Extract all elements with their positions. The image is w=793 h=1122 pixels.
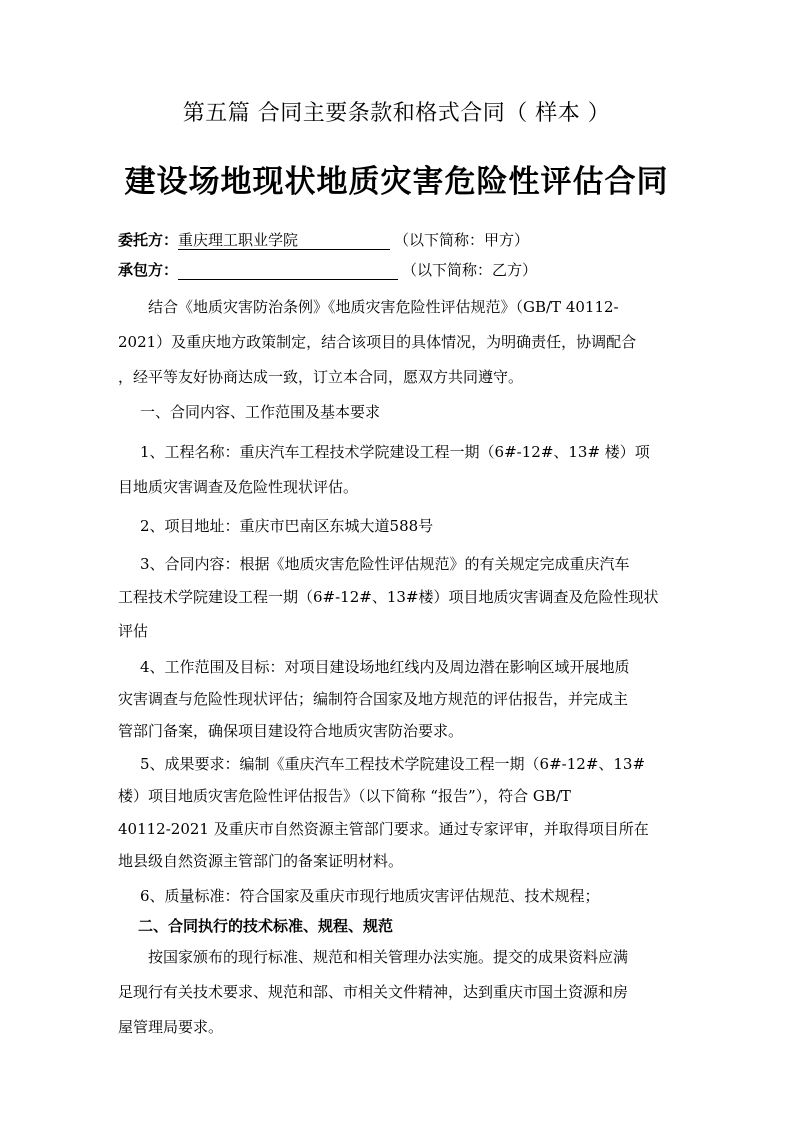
item-2-line-1: 2、项目地址：重庆市巴南区东城大道588号 (140, 515, 433, 536)
item-6-line-1: 6、质量标准：符合国家及重庆市现行地质灾害评估规范、技术规程； (140, 885, 600, 906)
item-4-line-1: 4、工作范围及目标：对项目建设场地红线内及周边潜在影响区域开展地质 (140, 656, 630, 677)
section-1-heading: 一、合同内容、工作范围及基本要求 (140, 401, 380, 422)
item-5-line-4: 地县级自然资源主管部门的备案证明材料。 (118, 850, 403, 871)
contractor-label: 承包方： (118, 261, 178, 279)
section-2-line-1: 按国家颁布的现行标准、规范和相关管理办法实施。提交的成果资料应满 (148, 946, 628, 967)
contractor-name-field (178, 259, 398, 280)
item-1-line-1: 1、工程名称：重庆汽车工程技术学院建设工程一期（6#-12#、13# 楼）项 (140, 441, 650, 462)
client-name-field: 重庆理工职业学院 (178, 229, 390, 250)
document-page: 第五篇 合同主要条款和格式合同（ 样本 ） 建设场地现状地质灾害危险性评估合同 … (0, 0, 793, 1122)
contract-title: 建设场地现状地质灾害危险性评估合同 (0, 156, 793, 201)
contractor-alias: （以下简称：乙方） (402, 261, 537, 279)
item-3-line-3: 评估 (118, 620, 148, 641)
client-alias: （以下简称：甲方） (394, 231, 529, 249)
preamble-line-2: 2021）及重庆地方政策制定，结合该项目的具体情况，为明确责任，协调配合 (118, 331, 636, 352)
section-2-line-2: 足现行有关技术要求、规范和部、市相关文件精神，达到重庆市国土资源和房 (118, 981, 628, 1002)
item-1-line-2: 目地质灾害调查及危险性现状评估。 (118, 476, 358, 497)
item-3-line-2: 工程技术学院建设工程一期（6#-12#、13#楼）项目地质灾害调查及危险性现状 (118, 586, 659, 607)
preamble-line-1: 结合《地质灾害防治条例》《地质灾害危险性评估规范》（GB/T 40112- (148, 296, 619, 317)
part-title: 第五篇 合同主要条款和格式合同（ 样本 ） (0, 96, 793, 127)
item-4-line-2: 灾害调查与危险性现状评估；编制符合国家及地方规范的评估报告，并完成主 (118, 688, 628, 709)
preamble-line-3: ，经平等友好协商达成一致，订立本合同，愿双方共同遵守。 (118, 366, 523, 387)
item-4-line-3: 管部门备案，确保项目建设符合地质灾害防治要求。 (118, 720, 463, 741)
client-party-row: 委托方：重庆理工职业学院（以下简称：甲方） (118, 229, 529, 251)
item-5-line-2: 楼）项目地质灾害危险性评估报告》（以下简称 “报告”），符合 GB/T (118, 785, 571, 806)
client-name-value: 重庆理工职业学院 (178, 231, 298, 249)
item-5-line-1: 5、成果要求：编制《重庆汽车工程技术学院建设工程一期（6#-12#、13# (140, 753, 645, 774)
item-5-line-3: 40112-2021 及重庆市自然资源主管部门要求。通过专家评审，并取得项目所在 (118, 818, 649, 839)
section-2-line-3: 屋管理局要求。 (118, 1016, 223, 1037)
section-2-heading: 二、合同执行的技术标准、规程、规范 (138, 915, 393, 936)
contractor-party-row: 承包方：（以下简称：乙方） (118, 259, 537, 281)
item-3-line-1: 3、合同内容：根据《地质灾害危险性评估规范》的有关规定完成重庆汽车 (140, 553, 630, 574)
client-label: 委托方： (118, 231, 178, 249)
